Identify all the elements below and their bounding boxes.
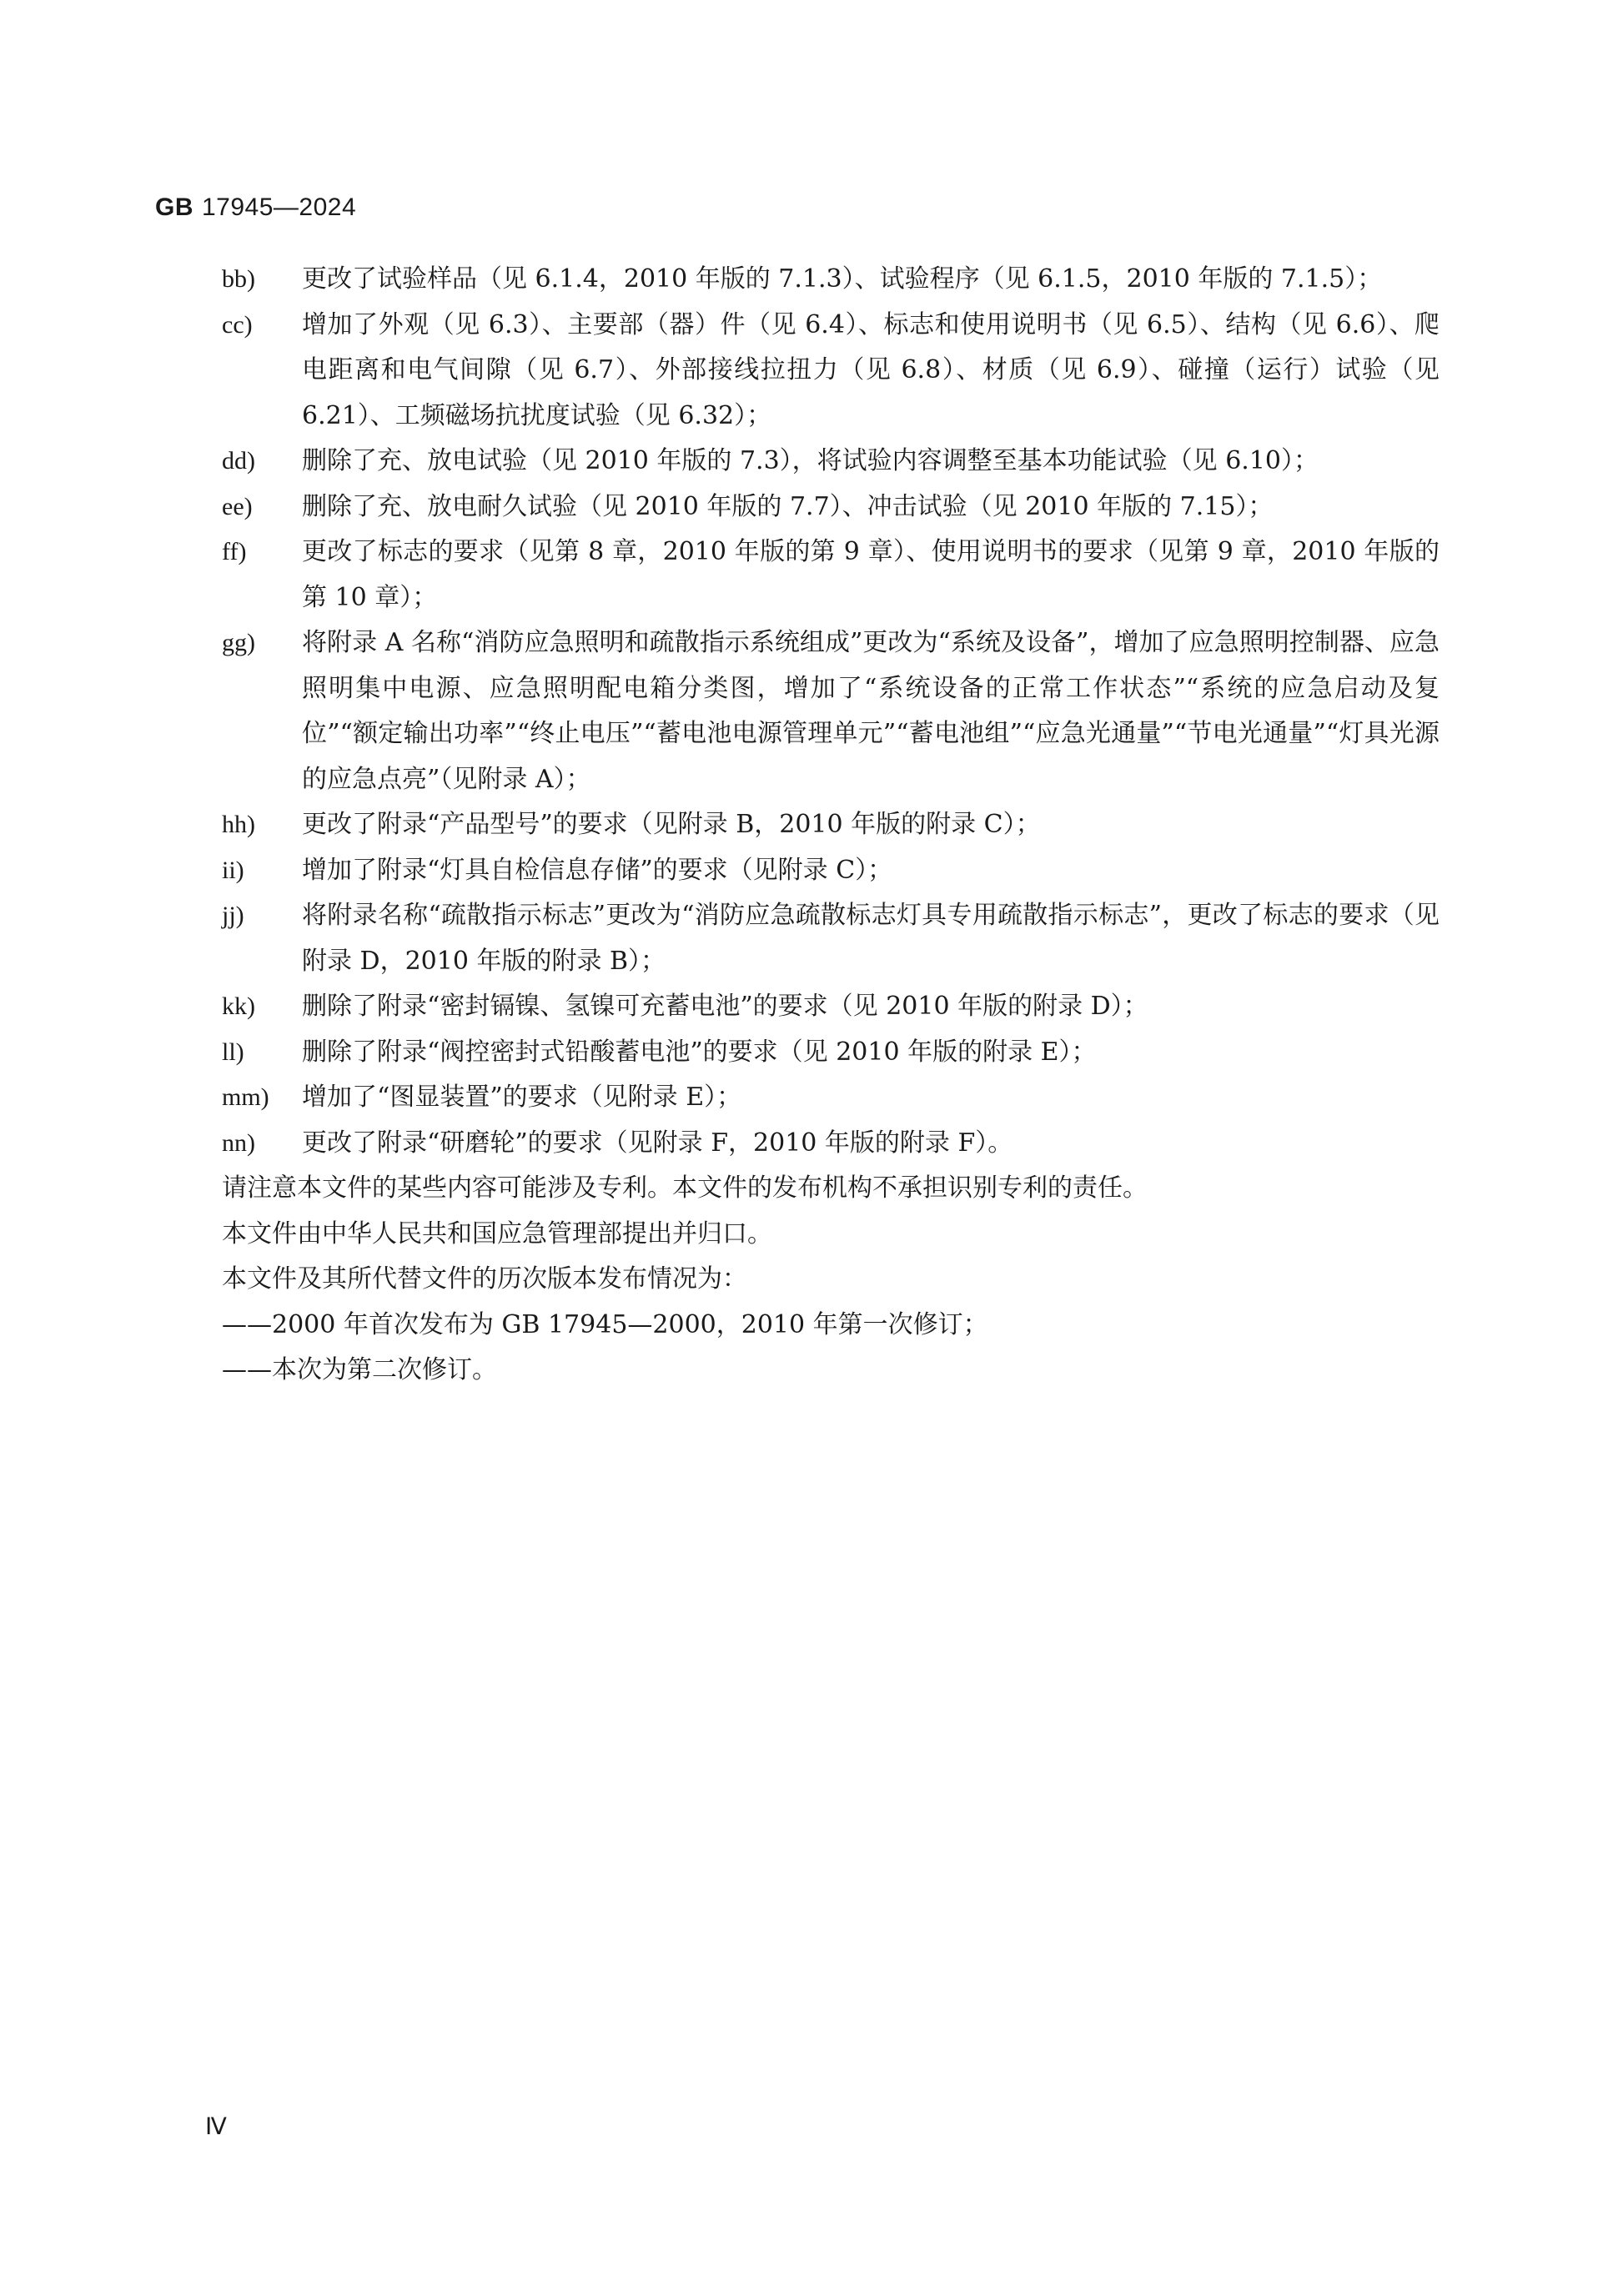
item-label: kk) [222, 984, 302, 1030]
item-label: ll) [222, 1030, 302, 1076]
item-label: ee) [222, 485, 302, 530]
item-text: 删除了充、放电耐久试验（见 2010 年版的 7.7）、冲击试验（见 2010 … [302, 485, 1440, 530]
item-text: 更改了附录“产品型号”的要求（见附录 B，2010 年版的附录 C）； [302, 802, 1440, 848]
item-text: 删除了附录“密封镉镍、氢镍可充蓄电池”的要求（见 2010 年版的附录 D）； [302, 984, 1440, 1030]
standard-prefix: GB [155, 193, 193, 221]
item-label: jj) [222, 893, 302, 939]
change-item-ff: ff) 更改了标志的要求（见第 8 章，2010 年版的第 9 章）、使用说明书… [222, 530, 1440, 620]
item-label: ff) [222, 530, 302, 575]
item-text: 更改了附录“研磨轮”的要求（见附录 F，2010 年版的附录 F）。 [302, 1121, 1440, 1167]
history-intro: 本文件及其所代替文件的历次版本发布情况为： [222, 1257, 1440, 1303]
change-item-ll: ll) 删除了附录“阀控密封式铅酸蓄电池”的要求（见 2010 年版的附录 E）… [222, 1030, 1440, 1076]
proposing-authority: 本文件由中华人民共和国应急管理部提出并归口。 [222, 1212, 1440, 1258]
history-item: ——2000 年首次发布为 GB 17945—2000，2010 年第一次修订； [222, 1303, 1440, 1349]
item-text: 删除了附录“阀控密封式铅酸蓄电池”的要求（见 2010 年版的附录 E）； [302, 1030, 1440, 1076]
change-item-ee: ee) 删除了充、放电耐久试验（见 2010 年版的 7.7）、冲击试验（见 2… [222, 485, 1440, 530]
item-label: cc) [222, 303, 302, 349]
document-header: GB17945—2024 [155, 193, 356, 222]
item-text: 将附录名称“疏散指示标志”更改为“消防应急疏散标志灯具专用疏散指示标志”，更改了… [302, 893, 1440, 984]
item-label: nn) [222, 1121, 302, 1167]
change-item-dd: dd) 删除了充、放电试验（见 2010 年版的 7.3），将试验内容调整至基本… [222, 439, 1440, 485]
item-text: 增加了外观（见 6.3）、主要部（器）件（见 6.4）、标志和使用说明书（见 6… [302, 303, 1440, 440]
page-number: Ⅳ [205, 2113, 227, 2141]
standard-number: 17945—2024 [202, 193, 356, 221]
item-label: gg) [222, 620, 302, 666]
item-text: 更改了标志的要求（见第 8 章，2010 年版的第 9 章）、使用说明书的要求（… [302, 530, 1440, 620]
change-item-bb: bb) 更改了试验样品（见 6.1.4，2010 年版的 7.1.3）、试验程序… [222, 257, 1440, 303]
item-label: hh) [222, 802, 302, 848]
item-text: 删除了充、放电试验（见 2010 年版的 7.3），将试验内容调整至基本功能试验… [302, 439, 1440, 485]
change-item-ii: ii) 增加了附录“灯具自检信息存储”的要求（见附录 C）； [222, 848, 1440, 894]
item-label: mm) [222, 1075, 302, 1121]
item-label: bb) [222, 257, 302, 303]
item-text: 增加了附录“灯具自检信息存储”的要求（见附录 C）； [302, 848, 1440, 894]
history-item: ——本次为第二次修订。 [222, 1348, 1440, 1394]
item-text: 将附录 A 名称“消防应急照明和疏散指示系统组成”更改为“系统及设备”，增加了应… [302, 620, 1440, 802]
change-item-hh: hh) 更改了附录“产品型号”的要求（见附录 B，2010 年版的附录 C）； [222, 802, 1440, 848]
item-text: 更改了试验样品（见 6.1.4，2010 年版的 7.1.3）、试验程序（见 6… [302, 257, 1440, 303]
item-text: 增加了“图显装置”的要求（见附录 E）； [302, 1075, 1440, 1121]
change-item-mm: mm) 增加了“图显装置”的要求（见附录 E）； [222, 1075, 1440, 1121]
change-item-kk: kk) 删除了附录“密封镉镍、氢镍可充蓄电池”的要求（见 2010 年版的附录 … [222, 984, 1440, 1030]
item-label: ii) [222, 848, 302, 894]
change-item-jj: jj) 将附录名称“疏散指示标志”更改为“消防应急疏散标志灯具专用疏散指示标志”… [222, 893, 1440, 984]
patent-notice: 请注意本文件的某些内容可能涉及专利。本文件的发布机构不承担识别专利的责任。 [222, 1166, 1440, 1212]
foreword-body: bb) 更改了试验样品（见 6.1.4，2010 年版的 7.1.3）、试验程序… [222, 257, 1440, 1394]
change-item-nn: nn) 更改了附录“研磨轮”的要求（见附录 F，2010 年版的附录 F）。 [222, 1121, 1440, 1167]
item-label: dd) [222, 439, 302, 485]
change-item-gg: gg) 将附录 A 名称“消防应急照明和疏散指示系统组成”更改为“系统及设备”，… [222, 620, 1440, 802]
change-item-cc: cc) 增加了外观（见 6.3）、主要部（器）件（见 6.4）、标志和使用说明书… [222, 303, 1440, 440]
